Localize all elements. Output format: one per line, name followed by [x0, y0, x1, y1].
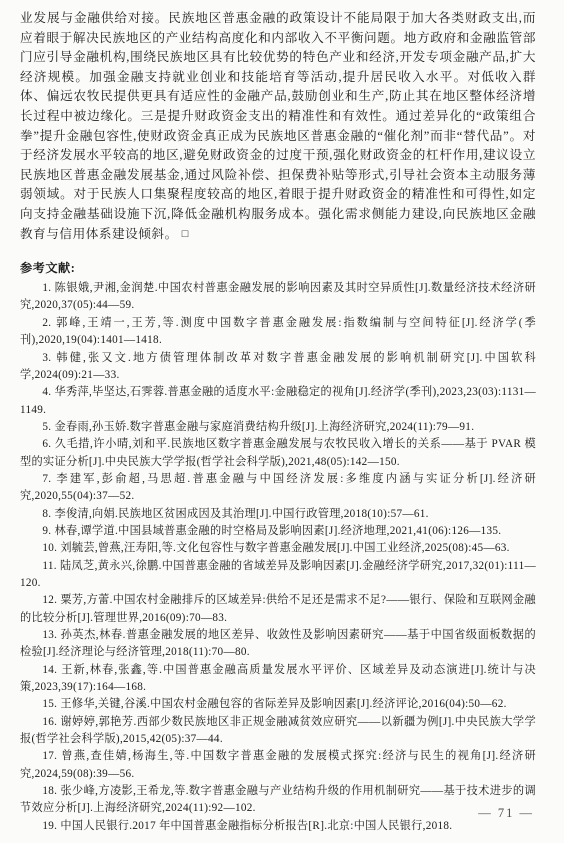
reference-item: 11. 陆凤芝,黄永兴,徐鹏.中国普惠金融的省域差异及影响因素[J].金融经济学…	[20, 558, 536, 593]
reference-item: 19. 中国人民银行.2017 年中国普惠金融指标分析报告[R].北京:中国人民…	[20, 818, 536, 835]
article-body-text: 业发展与金融供给对接。民族地区普惠金融的政策设计不能局限于加大各类财政支出,而应…	[20, 11, 536, 241]
reference-item: 16. 谢婷婷,郭艳芳.西部少数民族地区非正规金融减贫效应研究——以新疆为例[J…	[20, 714, 536, 749]
reference-item: 3. 韩健,张又文.地方债管理体制改革对数字普惠金融发展的影响机制研究[J].中…	[20, 350, 536, 385]
reference-item: 15. 王修华,关键,谷溪.中国农村金融包容的省际差异及影响因素[J].经济评论…	[20, 696, 536, 713]
reference-item: 13. 孙英杰,林春.普惠金融发展的地区差异、收敛性及影响因素研究——基于中国省…	[20, 627, 536, 662]
reference-item: 2. 郭峰,王靖一,王芳,等.测度中国数字普惠金融发展:指数编制与空间特征[J]…	[20, 315, 536, 350]
reference-item: 10. 刘毓芸,曾燕,汪寿阳,等.文化包容性与数字普惠金融发展[J].中国工业经…	[20, 540, 536, 557]
article-body-paragraph: 业发展与金融供给对接。民族地区普惠金融的政策设计不能局限于加大各类财政支出,而应…	[20, 9, 536, 245]
reference-item: 9. 林春,谭学道.中国县域普惠金融的时空格局及影响因素[J].经济地理,202…	[20, 523, 536, 540]
reference-item: 5. 金春雨,孙玉娇.数字普惠金融与家庭消费结构升级[J].上海经济研究,202…	[20, 419, 536, 436]
paper-page: 业发展与金融供给对接。民族地区普惠金融的政策设计不能局限于加大各类财政支出,而应…	[0, 0, 564, 843]
references-heading: 参考文献:	[20, 259, 536, 276]
reference-item: 4. 华秀萍,毕坚达,石霁蓉.普惠金融的适度水平:金融稳定的视角[J].经济学(…	[20, 384, 536, 419]
reference-item: 17. 曾燕,查佳婧,杨海生,等.中国数字普惠金融的发展模式探究:经济与民生的视…	[20, 748, 536, 783]
reference-item: 18. 张少峰,方凌影,王希龙,等.数字普惠金融与产业结构升级的作用机制研究——…	[20, 783, 536, 818]
reference-item: 7. 李建军,彭俞超,马思超.普惠金融与中国经济发展:多维度内涵与实证分析[J]…	[20, 471, 536, 506]
reference-item: 14. 王新,林春,张鑫,等.中国普惠金融高质量发展水平评价、区域差异及动态演进…	[20, 662, 536, 697]
reference-item: 1. 陈银娥,尹湘,金润楚.中国农村普惠金融发展的影响因素及其时空异质性[J].…	[20, 280, 536, 315]
reference-item: 12. 粟芳,方蕾.中国农村金融排斥的区域差异:供给不足还是需求不足?——银行、…	[20, 592, 536, 627]
page-number: — 71 —	[478, 806, 534, 821]
reference-item: 6. 久毛措,许小晴,刘和平.民族地区数字普惠金融发展与农牧民收入增长的关系——…	[20, 436, 536, 471]
end-of-article-mark: □	[182, 225, 189, 245]
references-list: 1. 陈银娥,尹湘,金润楚.中国农村普惠金融发展的影响因素及其时空异质性[J].…	[20, 280, 536, 835]
reference-item: 8. 李俊清,向娟.民族地区贫困成因及其治理[J].中国行政管理,2018(10…	[20, 506, 536, 523]
